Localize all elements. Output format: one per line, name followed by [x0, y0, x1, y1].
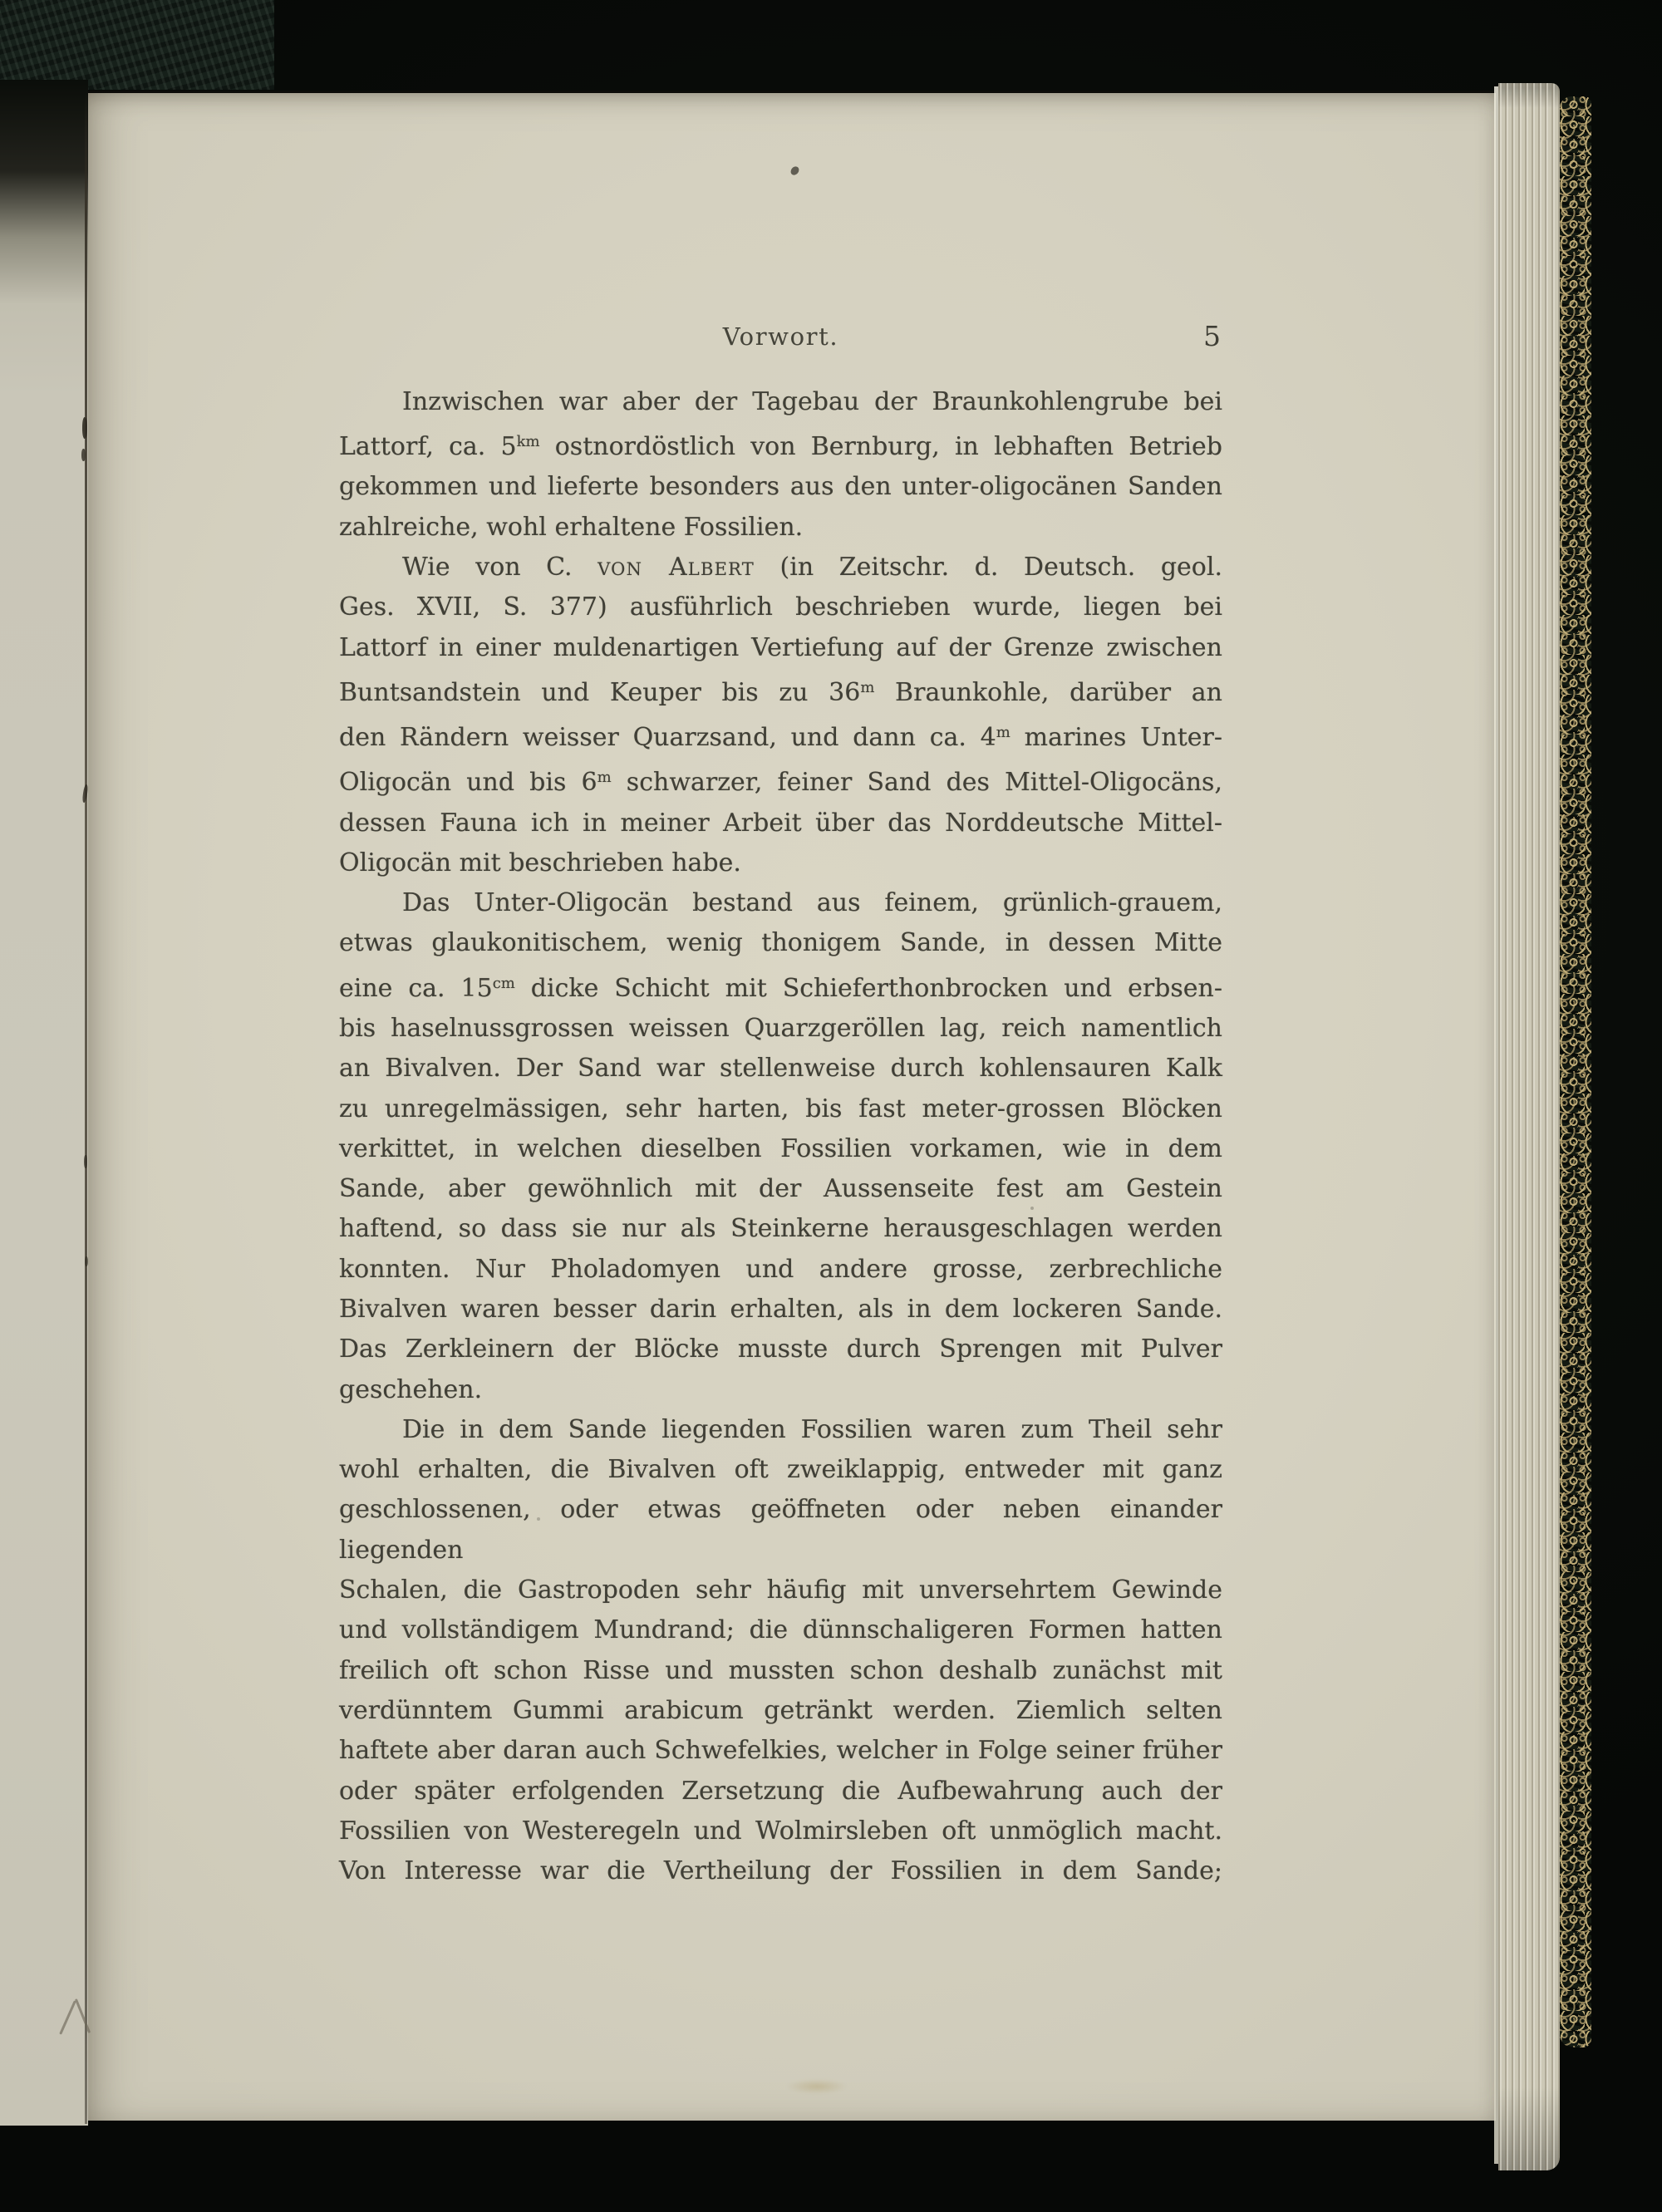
gutter-mark — [84, 1155, 87, 1168]
text-segment: Die in dem Sande liegenden Fossilien war… — [402, 1415, 1222, 1444]
book-scan-photo: Vorwort. 5 Inzwischen war aber der Tageb… — [0, 0, 1662, 2212]
text-line: Oligocän und bis 6m schwarzer, feiner Sa… — [339, 758, 1222, 803]
page-number: 5 — [1203, 320, 1221, 352]
gutter-crease — [85, 90, 87, 2124]
text-segment: wohl erhalten, die Bivalven oft zweiklap… — [339, 1455, 1222, 1484]
text-segment: dicke Schicht mit Schieferthonbrocken un… — [515, 974, 1222, 1003]
text-segment: bis haselnussgrossen weissen Quarzgeröll… — [339, 1014, 1222, 1043]
text-segment: zu unregelmässigen, sehr harten, bis fas… — [339, 1094, 1222, 1123]
text-segment: Sande, aber gewöhnlich mit der Aussensei… — [339, 1174, 1222, 1203]
text-segment: Von Interesse war die Vertheilung der Fo… — [339, 1856, 1222, 1885]
book-page: Vorwort. 5 Inzwischen war aber der Tageb… — [88, 93, 1496, 2121]
text-line: wohl erhalten, die Bivalven oft zweiklap… — [339, 1450, 1222, 1490]
fore-edge-page-stack — [1498, 83, 1560, 2170]
text-line: Oligocän mit beschrieben habe. — [339, 843, 1222, 883]
text-segment: Buntsandstein und Keuper bis zu 36 — [339, 678, 860, 707]
text-line: Fossilien von Westeregeln und Wolmirsleb… — [339, 1811, 1222, 1851]
text-line: zu unregelmässigen, sehr harten, bis fas… — [339, 1089, 1222, 1129]
text-segment: Lattorf, ca. 5 — [339, 432, 517, 461]
text-segment: Das Zerkleinern der Blöcke musste durch … — [339, 1335, 1222, 1364]
text-segment: geschlossenen, oder etwas geöffneten ode… — [339, 1495, 1222, 1564]
marbled-edge-decoration — [1560, 96, 1591, 2047]
superscript-unit: m — [996, 724, 1010, 741]
text-segment: konnten. Nur Pholadomyen und andere gros… — [339, 1255, 1222, 1284]
text-line: verdünntem Gummi arabicum getränkt werde… — [339, 1691, 1222, 1731]
text-segment: marines Unter- — [1010, 723, 1222, 752]
text-segment: gekommen und lieferte besonders aus den … — [339, 472, 1222, 501]
text-segment: etwas glaukonitischem, wenig thonigem Sa… — [339, 928, 1222, 957]
text-segment: Oligocän und bis 6 — [339, 768, 597, 797]
text-line: dessen Fauna ich in meiner Arbeit über d… — [339, 804, 1222, 843]
text-line: konnten. Nur Pholadomyen und andere gros… — [339, 1250, 1222, 1290]
text-segment: verkittet, in welchen dieselben Fossilie… — [339, 1134, 1222, 1163]
text-line: Ges. XVII, S. 377) ausführlich beschrieb… — [339, 587, 1222, 627]
text-segment: Bivalven waren besser darin erhalten, al… — [339, 1295, 1222, 1324]
text-segment: schwarzer, feiner Sand des Mittel-Oligoc… — [612, 768, 1222, 797]
text-segment: haftend, so dass sie nur als Steinkerne … — [339, 1214, 1222, 1243]
text-line: haftend, so dass sie nur als Steinkerne … — [339, 1209, 1222, 1249]
text-line: Buntsandstein und Keuper bis zu 36m Brau… — [339, 668, 1222, 713]
text-segment: zahlreiche, wohl erhaltene Fossilien. — [339, 513, 803, 542]
superscript-unit: m — [597, 769, 612, 786]
paper-speck — [1030, 1207, 1034, 1210]
superscript-unit: m — [860, 679, 874, 696]
text-segment: haftete aber daran auch Schwefelkies, we… — [339, 1736, 1222, 1765]
text-segment: (in Zeitschr. d. Deutsch. geol. — [755, 553, 1222, 582]
text-line: Die in dem Sande liegenden Fossilien war… — [339, 1410, 1222, 1450]
text-line: zahlreiche, wohl erhaltene Fossilien. — [339, 508, 1222, 548]
text-segment: verdünntem Gummi arabicum getränkt werde… — [339, 1696, 1222, 1725]
text-segment: an Bivalven. Der Sand war stellenweise d… — [339, 1054, 1222, 1083]
text-segment: und vollständigem Mundrand; die dünnscha… — [339, 1615, 1222, 1644]
text-segment: den Rändern weisser Quarzsand, und dann … — [339, 723, 996, 752]
text-segment: oder später erfolgenden Zersetzung die A… — [339, 1777, 1222, 1806]
text-line: Das Unter-Oligocän bestand aus feinem, g… — [339, 883, 1222, 923]
text-segment: Wie von C. — [402, 553, 597, 582]
text-line: Lattorf, ca. 5km ostnordöstlich von Bern… — [339, 422, 1222, 467]
gutter-mark — [85, 1256, 88, 1266]
text-segment: Lattorf in einer muldenartigen Vertiefun… — [339, 633, 1222, 662]
text-segment: Fossilien von Westeregeln und Wolmirsleb… — [339, 1816, 1222, 1846]
text-segment: geschehen. — [339, 1375, 482, 1404]
paper-smudge — [786, 2079, 848, 2094]
page-header: Vorwort. 5 — [339, 322, 1222, 361]
text-line: Wie von C. von Albert (in Zeitschr. d. D… — [339, 548, 1222, 587]
text-line: oder später erfolgenden Zersetzung die A… — [339, 1772, 1222, 1811]
text-line: Das Zerkleinern der Blöcke musste durch … — [339, 1330, 1222, 1369]
page-text-block: Inzwischen war aber der Tagebau der Brau… — [339, 382, 1222, 1891]
superscript-unit: km — [517, 433, 540, 450]
text-segment: freilich oft schon Risse und mussten sch… — [339, 1656, 1222, 1685]
page-title: Vorwort. — [339, 322, 1222, 351]
text-line: etwas glaukonitischem, wenig thonigem Sa… — [339, 923, 1222, 963]
text-segment: Inzwischen war aber der Tagebau der Brau… — [402, 387, 1222, 416]
text-line: Schalen, die Gastropoden sehr häufig mit… — [339, 1571, 1222, 1610]
facing-page-edge — [0, 80, 88, 2126]
text-line: verkittet, in welchen dieselben Fossilie… — [339, 1129, 1222, 1169]
superscript-unit: cm — [493, 975, 515, 992]
text-line: Lattorf in einer muldenartigen Vertiefun… — [339, 628, 1222, 668]
text-line: Inzwischen war aber der Tagebau der Brau… — [339, 382, 1222, 422]
text-line: geschlossenen, oder etwas geöffneten ode… — [339, 1490, 1222, 1571]
text-segment: dessen Fauna ich in meiner Arbeit über d… — [339, 809, 1222, 838]
paper-speck — [537, 1517, 540, 1521]
book-cover-cloth — [0, 0, 274, 90]
text-segment: Braunkohle, darüber an — [874, 678, 1222, 707]
text-segment: Oligocän mit beschrieben habe. — [339, 848, 741, 877]
text-line: Bivalven waren besser darin erhalten, al… — [339, 1290, 1222, 1330]
text-segment: Das Unter-Oligocän bestand aus feinem, g… — [402, 888, 1222, 917]
text-segment: Ges. XVII, S. 377) ausführlich beschrieb… — [339, 592, 1222, 622]
text-line: Sande, aber gewöhnlich mit der Aussensei… — [339, 1169, 1222, 1209]
text-line: bis haselnussgrossen weissen Quarzgeröll… — [339, 1009, 1222, 1049]
text-line: geschehen. — [339, 1370, 1222, 1410]
text-line: den Rändern weisser Quarzsand, und dann … — [339, 713, 1222, 758]
small-caps-name: von Albert — [597, 553, 755, 582]
text-line: an Bivalven. Der Sand war stellenweise d… — [339, 1049, 1222, 1089]
text-segment: eine ca. 15 — [339, 974, 493, 1003]
text-segment: Schalen, die Gastropoden sehr häufig mit… — [339, 1575, 1222, 1605]
gutter-mark — [81, 449, 86, 461]
text-line: eine ca. 15cm dicke Schicht mit Schiefer… — [339, 964, 1222, 1009]
text-line: Von Interesse war die Vertheilung der Fo… — [339, 1851, 1222, 1891]
text-line: haftete aber daran auch Schwefelkies, we… — [339, 1731, 1222, 1771]
text-line: und vollständigem Mundrand; die dünnscha… — [339, 1610, 1222, 1650]
text-line: gekommen und lieferte besonders aus den … — [339, 467, 1222, 507]
text-line: freilich oft schon Risse und mussten sch… — [339, 1651, 1222, 1691]
gutter-mark — [82, 417, 87, 439]
text-segment: ostnordöstlich von Bernburg, in lebhafte… — [540, 432, 1222, 461]
